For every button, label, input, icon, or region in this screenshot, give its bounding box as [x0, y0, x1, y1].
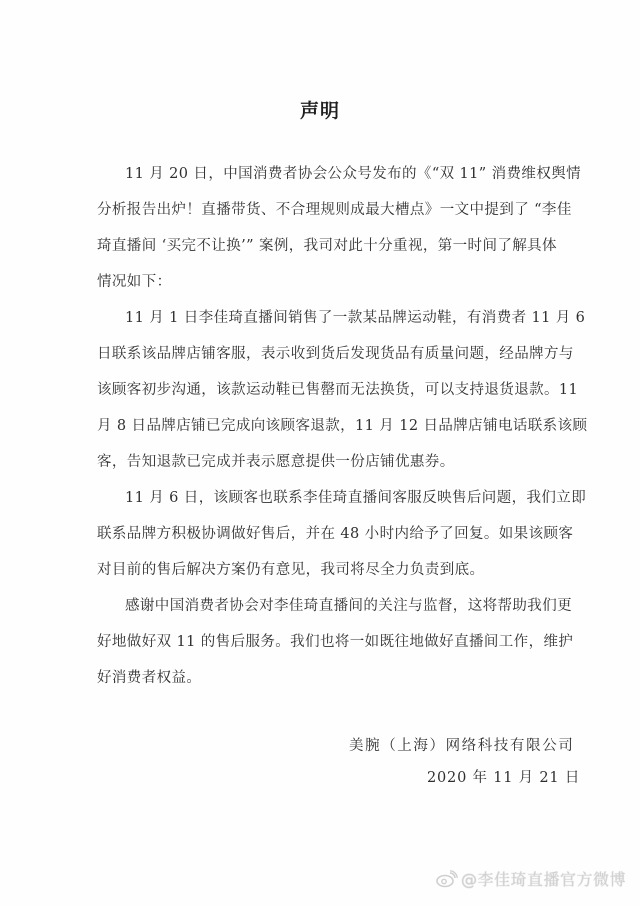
paragraph-3-line-2: 联系品牌方积极协调做好售后，并在 48 小时内给予了回复。如果该顾客: [97, 524, 545, 544]
signature-company: 美腕（上海）网络科技有限公司: [349, 736, 574, 756]
paragraph-4-line-3: 好消费者权益。: [97, 668, 545, 688]
paragraph-2-line-4: 月 8 日品牌店铺已完成向该顾客退款，11 月 12 日品牌店铺电话联系该顾: [97, 416, 545, 436]
weibo-watermark: @李佳琦直播官方微博: [436, 867, 626, 890]
paragraph-1-line-3: 琦直播间 ‘买完不让换’” 案例，我司对此十分重视，第一时间了解具体: [97, 236, 545, 256]
statement-page: 声明 11 月 20 日，中国消费者协会公众号发布的《“双 11” 消费维权舆情…: [0, 0, 640, 906]
weibo-icon: [436, 870, 458, 888]
paragraph-4-line-1: 感谢中国消费者协会对李佳琦直播间的关注与监督，这将帮助我们更: [125, 596, 545, 616]
paragraph-2-line-5: 客，告知退款已完成并表示愿意提供一份店铺优惠券。: [97, 452, 545, 472]
paragraph-1-line-1: 11 月 20 日，中国消费者协会公众号发布的《“双 11” 消费维权舆情: [125, 164, 545, 184]
paragraph-1-line-4: 情况如下：: [97, 272, 545, 292]
paragraph-2-line-2: 日联系该品牌店铺客服，表示收到货后发现货品有质量问题，经品牌方与: [97, 344, 545, 364]
signature-date: 2020 年 11 月 21 日: [427, 768, 580, 788]
paragraph-4-line-2: 好地做好双 11 的售后服务。我们也将一如既往地做好直播间工作，维护: [97, 632, 545, 652]
paragraph-3-line-3: 对目前的售后解决方案仍有意见，我司将尽全力负责到底。: [97, 560, 545, 580]
paragraph-2-line-3: 该顾客初步沟通，该款运动鞋已售罄而无法换货，可以支持退货退款。11: [97, 380, 545, 400]
document-title: 声明: [0, 96, 640, 123]
watermark-text: @李佳琦直播官方微博: [461, 867, 626, 890]
paragraph-2-line-1: 11 月 1 日李佳琦直播间销售了一款某品牌运动鞋，有消费者 11 月 6: [125, 308, 545, 328]
paragraph-3-line-1: 11 月 6 日，该顾客也联系李佳琦直播间客服反映售后问题，我们立即: [125, 488, 545, 508]
paragraph-1-line-2: 分析报告出炉！直播带货、不合理规则成最大槽点》一文中提到了 “李佳: [97, 200, 545, 220]
